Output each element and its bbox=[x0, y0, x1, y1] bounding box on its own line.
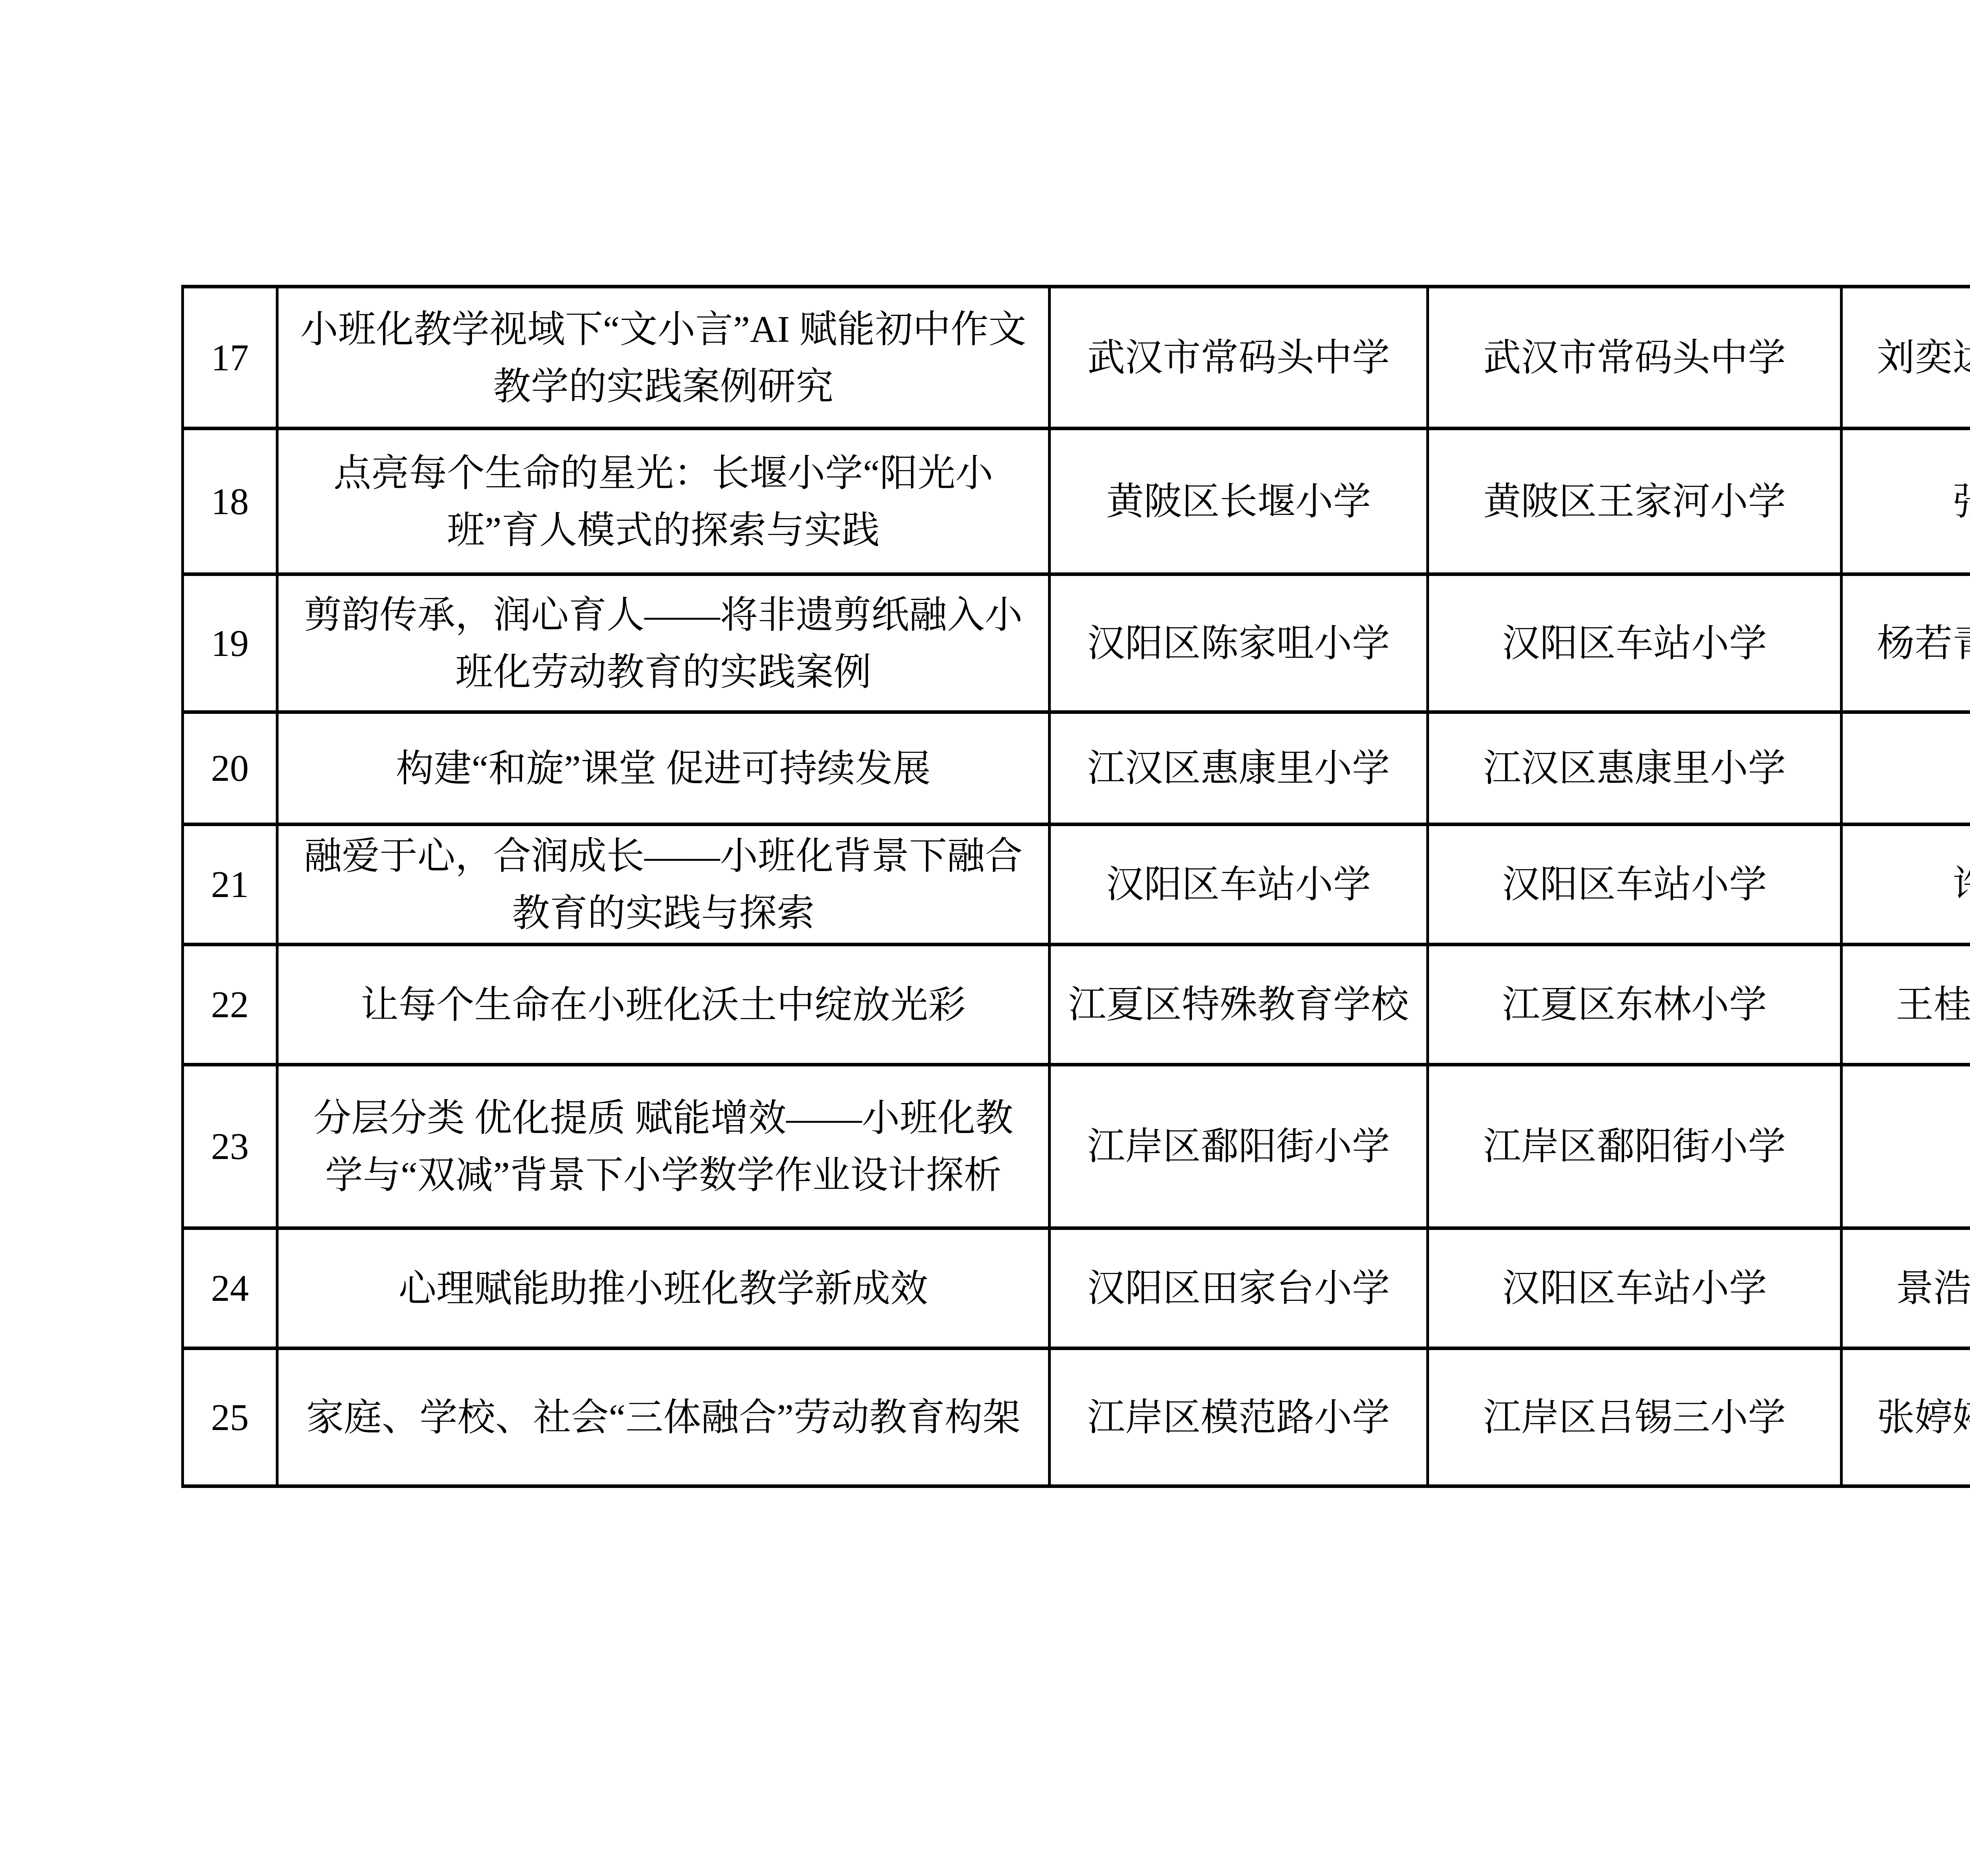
row-number: 25 bbox=[183, 1348, 277, 1486]
row-number: 20 bbox=[183, 712, 277, 825]
authors: 刘奕达、毛莉、李向阳 bbox=[1842, 287, 1970, 429]
row-number: 23 bbox=[183, 1065, 277, 1228]
row-number: 17 bbox=[183, 287, 277, 429]
table-row: 20 构建“和旋”课堂 促进可持续发展 江汉区惠康里小学 江汉区惠康里小学 王燕… bbox=[183, 712, 1970, 825]
table-row: 19 剪韵传承，润心育人——将非遗剪纸融入小班化劳动教育的实践案例 汉阳区陈家咀… bbox=[183, 574, 1970, 712]
implementing-school: 武汉市常码头中学 bbox=[1428, 287, 1842, 429]
project-title: 融爱于心，合润成长——小班化背景下融合教育的实践与探索 bbox=[277, 825, 1050, 945]
authors: 张婷婷、尹芳、彭光艳 bbox=[1842, 1348, 1970, 1486]
table-row: 17 小班化教学视域下“文小言”AI 赋能初中作文教学的实践案例研究 武汉市常码… bbox=[183, 287, 1970, 429]
implementing-school: 江汉区惠康里小学 bbox=[1428, 712, 1842, 825]
declaring-school: 汉阳区车站小学 bbox=[1050, 825, 1428, 945]
authors: 许洁、高世红 bbox=[1842, 825, 1970, 945]
awards-table: 17 小班化教学视域下“文小言”AI 赋能初中作文教学的实践案例研究 武汉市常码… bbox=[181, 285, 1970, 1488]
implementing-school: 江岸区鄱阳街小学 bbox=[1428, 1065, 1842, 1228]
declaring-school: 江夏区特殊教育学校 bbox=[1050, 945, 1428, 1065]
declaring-school: 汉阳区田家台小学 bbox=[1050, 1228, 1428, 1348]
table-row: 23 分层分类 优化提质 赋能增效——小班化教学与“双减”背景下小学数学作业设计… bbox=[183, 1065, 1970, 1228]
project-title: 小班化教学视域下“文小言”AI 赋能初中作文教学的实践案例研究 bbox=[277, 287, 1050, 429]
row-number: 19 bbox=[183, 574, 277, 712]
row-number: 21 bbox=[183, 825, 277, 945]
row-number: 18 bbox=[183, 429, 277, 574]
declaring-school: 黄陂区长堰小学 bbox=[1050, 429, 1428, 574]
project-title: 点亮每个生命的星光：长堰小学“阳光小班”育人模式的探索与实践 bbox=[277, 429, 1050, 574]
project-title: 让每个生命在小班化沃土中绽放光彩 bbox=[277, 945, 1050, 1065]
authors: 王燕、朱莹 bbox=[1842, 712, 1970, 825]
declaring-school: 汉阳区陈家咀小学 bbox=[1050, 574, 1428, 712]
row-number: 24 bbox=[183, 1228, 277, 1348]
implementing-school: 汉阳区车站小学 bbox=[1428, 574, 1842, 712]
declaring-school: 武汉市常码头中学 bbox=[1050, 287, 1428, 429]
implementing-school: 江岸区吕锡三小学 bbox=[1428, 1348, 1842, 1486]
implementing-school: 汉阳区车站小学 bbox=[1428, 825, 1842, 945]
project-title: 构建“和旋”课堂 促进可持续发展 bbox=[277, 712, 1050, 825]
project-title: 分层分类 优化提质 赋能增效——小班化教学与“双减”背景下小学数学作业设计探析 bbox=[277, 1065, 1050, 1228]
authors: 张毅、王胜华 bbox=[1842, 429, 1970, 574]
table-row: 24 心理赋能助推小班化教学新成效 汉阳区田家台小学 汉阳区车站小学 景浩、赵贵… bbox=[183, 1228, 1970, 1348]
implementing-school: 汉阳区车站小学 bbox=[1428, 1228, 1842, 1348]
project-title: 剪韵传承，润心育人——将非遗剪纸融入小班化劳动教育的实践案例 bbox=[277, 574, 1050, 712]
implementing-school: 黄陂区王家河小学 bbox=[1428, 429, 1842, 574]
project-title: 心理赋能助推小班化教学新成效 bbox=[277, 1228, 1050, 1348]
table-row: 22 让每个生命在小班化沃土中绽放光彩 江夏区特殊教育学校 江夏区东林小学 王桂… bbox=[183, 945, 1970, 1065]
table-row: 21 融爱于心，合润成长——小班化背景下融合教育的实践与探索 汉阳区车站小学 汉… bbox=[183, 825, 1970, 945]
declaring-school: 江汉区惠康里小学 bbox=[1050, 712, 1428, 825]
declaring-school: 江岸区模范路小学 bbox=[1050, 1348, 1428, 1486]
project-title: 家庭、学校、社会“三体融合”劳动教育构架 bbox=[277, 1348, 1050, 1486]
authors: 王桂梅、肖倩、邹义 bbox=[1842, 945, 1970, 1065]
implementing-school: 江夏区东林小学 bbox=[1428, 945, 1842, 1065]
authors: 杨锦兰 bbox=[1842, 1065, 1970, 1228]
row-number: 22 bbox=[183, 945, 277, 1065]
declaring-school: 江岸区鄱阳街小学 bbox=[1050, 1065, 1428, 1228]
authors: 景浩、赵贵球、唐梦 bbox=[1842, 1228, 1970, 1348]
document-page: 17 小班化教学视域下“文小言”AI 赋能初中作文教学的实践案例研究 武汉市常码… bbox=[0, 0, 1970, 1876]
authors: 杨若青、张纲、易仁传 bbox=[1842, 574, 1970, 712]
table-row: 18 点亮每个生命的星光：长堰小学“阳光小班”育人模式的探索与实践 黄陂区长堰小… bbox=[183, 429, 1970, 574]
table-row: 25 家庭、学校、社会“三体融合”劳动教育构架 江岸区模范路小学 江岸区吕锡三小… bbox=[183, 1348, 1970, 1486]
